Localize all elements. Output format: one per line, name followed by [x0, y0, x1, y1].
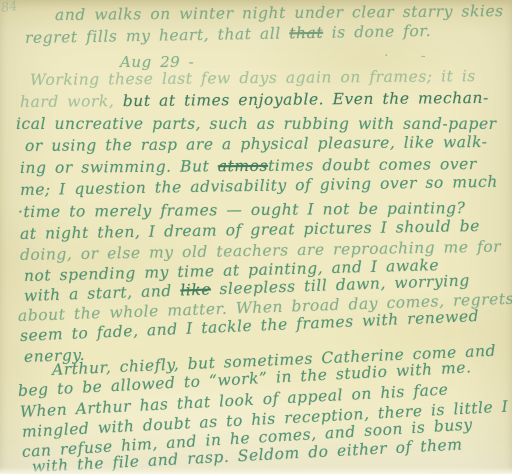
text-segment: ical uncreative parts, such as rubbing w… — [16, 115, 497, 133]
text-segment: is done for. — [323, 22, 431, 42]
handwritten-line: Working these last few days again on fra… — [30, 67, 476, 89]
text-segment: Aug 29 - — [120, 53, 194, 71]
handwritten-line: hard work, but at times enjoyable. Even … — [20, 89, 489, 111]
text-segment: ing or swimming. But — [20, 157, 218, 177]
struck-word: atmos — [218, 157, 268, 175]
text-segment: regret fills my heart, that all — [25, 24, 290, 47]
date-heading: Aug 29 - — [120, 53, 194, 71]
handwritten-line: me; I question the advisability of givin… — [20, 173, 498, 199]
handwritten-line: ical uncreative parts, such as rubbing w… — [16, 115, 497, 133]
text-segment: hard work, — [20, 92, 123, 111]
handwritten-line: and walks on winter night under clear st… — [55, 2, 504, 24]
handwritten-line: or using the rasp are a physical pleasur… — [25, 133, 488, 155]
text-segment: but at times enjoyable. Even the mechan- — [123, 89, 489, 110]
text-segment: times doubt comes over — [268, 155, 477, 175]
corner-page-mark: 84 — [0, 0, 18, 16]
struck-word: like — [180, 280, 211, 299]
margin-mark: · - — [384, 48, 440, 64]
handwritten-line: regret fills my heart, that all that is … — [25, 22, 431, 47]
text-segment: Working these last few days again on fra… — [30, 67, 476, 89]
text-segment: me; I question the advisability of givin… — [20, 173, 498, 199]
struck-word: that — [289, 24, 323, 43]
manuscript-page: 84 · - and walks on winter night under c… — [0, 0, 512, 474]
text-segment: or using the rasp are a physical pleasur… — [25, 133, 488, 155]
text-segment: and walks on winter night under clear st… — [55, 2, 504, 24]
